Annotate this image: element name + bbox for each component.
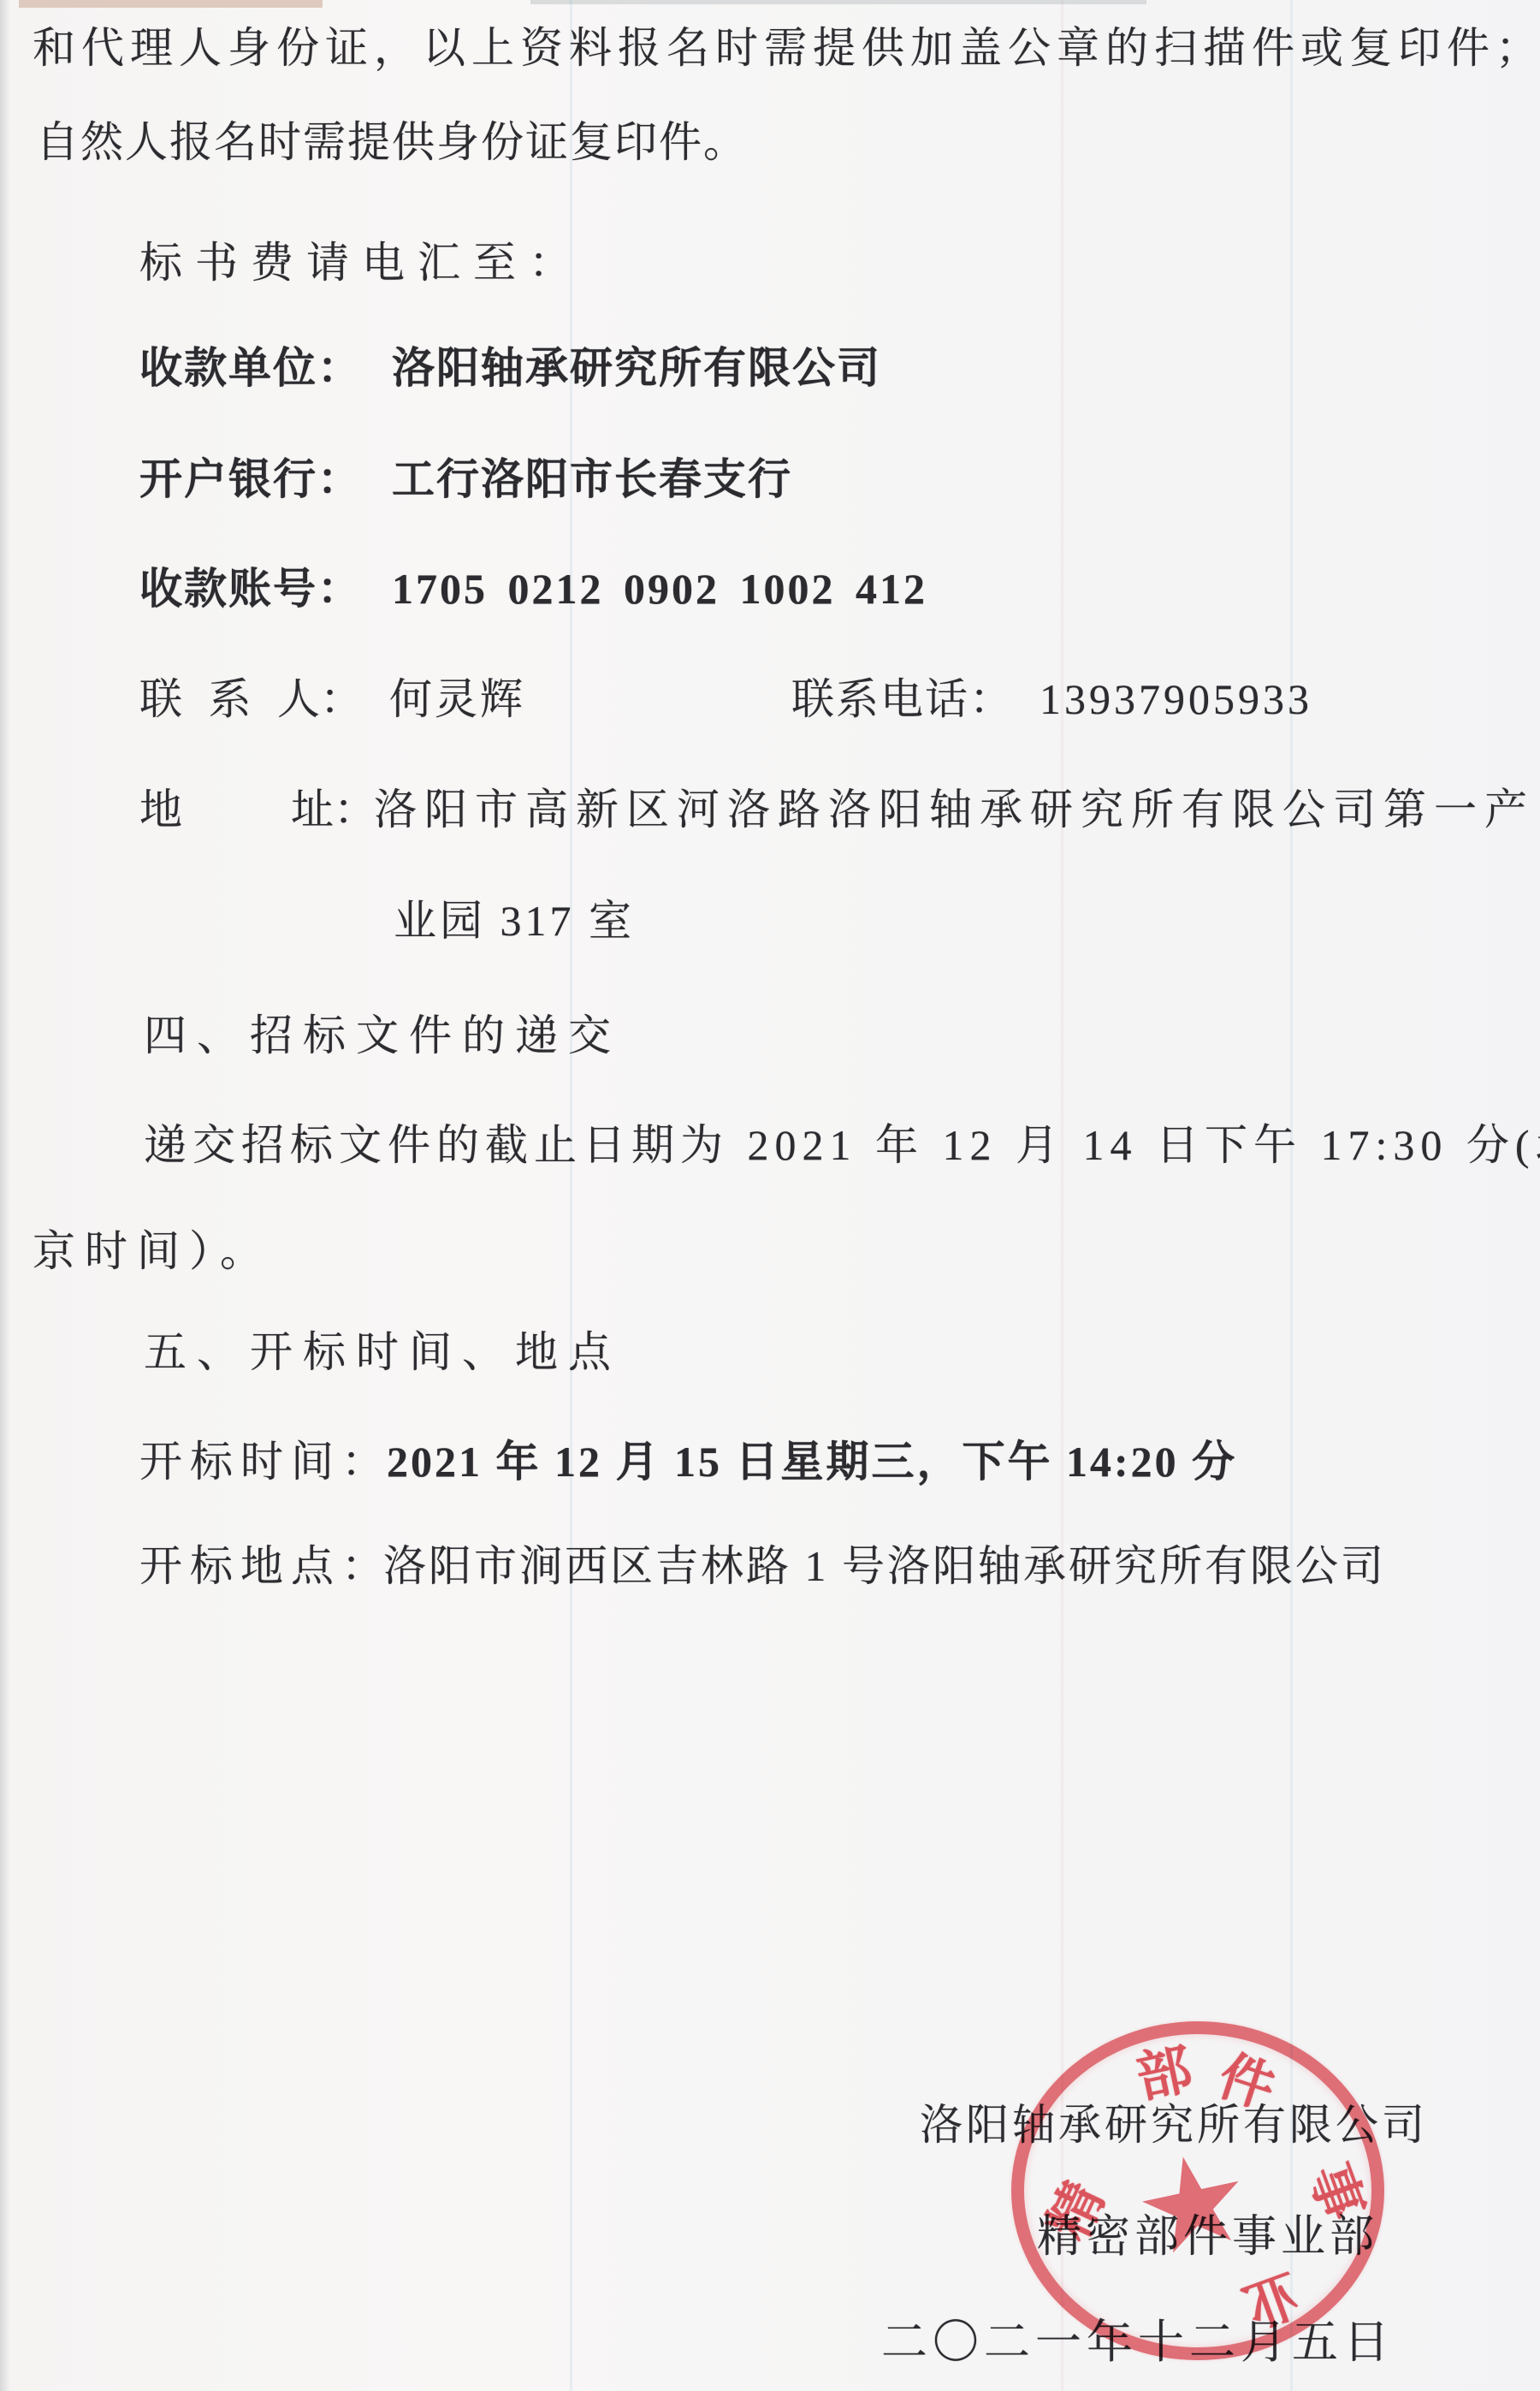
paragraph-intro-line1: 和代理人身份证，以上资料报名时需提供加盖公章的扫描件或复印件；: [33, 22, 1540, 74]
contact-person-name: 何灵辉: [389, 673, 525, 726]
bid-opening-place-label: 开标地点：: [139, 1540, 392, 1593]
scan-edge-artifact-tan: [19, 0, 323, 8]
paragraph-intro-line2: 自然人报名时需提供身份证复印件。: [36, 116, 748, 169]
section4-heading: 四、招标文件的递交: [144, 1010, 621, 1062]
bid-opening-time-value: 2021 年 12 月 15 日星期三，下午 14:20 分: [387, 1436, 1237, 1488]
scan-left-edge-shadow: [0, 0, 10, 2391]
payee-value: 洛阳轴承研究所有限公司: [392, 342, 881, 395]
deadline-line1: 递交招标文件的截止日期为 2021 年 12 月 14 日下午 17:30 分(…: [144, 1119, 1540, 1172]
account-number: 1705 0212 0902 1002 412: [392, 563, 927, 615]
contact-phone-number: 13937905933: [1039, 673, 1312, 726]
address-value-line1: 洛阳市高新区河洛路洛阳轴承研究所有限公司第一产: [374, 784, 1535, 836]
scan-edge-artifact-gray: [530, 0, 1146, 4]
contact-phone-label: 联系电话：: [791, 673, 1014, 726]
bank-value: 工行洛阳市长春支行: [392, 454, 792, 506]
deadline-line2: 京时间）。: [33, 1225, 272, 1278]
contact-person-label: 联 系 人：: [139, 673, 363, 726]
section5-heading: 五、开标时间、地点: [144, 1326, 621, 1379]
address-label-part2: 址：: [291, 784, 376, 836]
red-seal-stamp: 部 件 精 事 业: [1011, 2021, 1384, 2360]
account-label: 收款账号：: [139, 563, 362, 615]
scanned-document-page: 和代理人身份证，以上资料报名时需提供加盖公章的扫描件或复印件； 自然人报名时需提…: [0, 0, 1540, 2391]
address-label-part1: 地: [139, 784, 182, 836]
remit-heading: 标书费请电汇至：: [139, 237, 584, 289]
address-value-line2: 业园 317 室: [394, 895, 635, 947]
bid-opening-place-value: 洛阳市涧西区吉林路 1 号洛阳轴承研究所有限公司: [383, 1540, 1386, 1593]
bid-opening-time-label: 开标时间：: [139, 1436, 392, 1488]
seal-arc-char: 部: [1132, 2042, 1197, 2107]
payee-label: 收款单位：: [139, 342, 362, 395]
bank-label: 开户银行：: [139, 454, 362, 506]
